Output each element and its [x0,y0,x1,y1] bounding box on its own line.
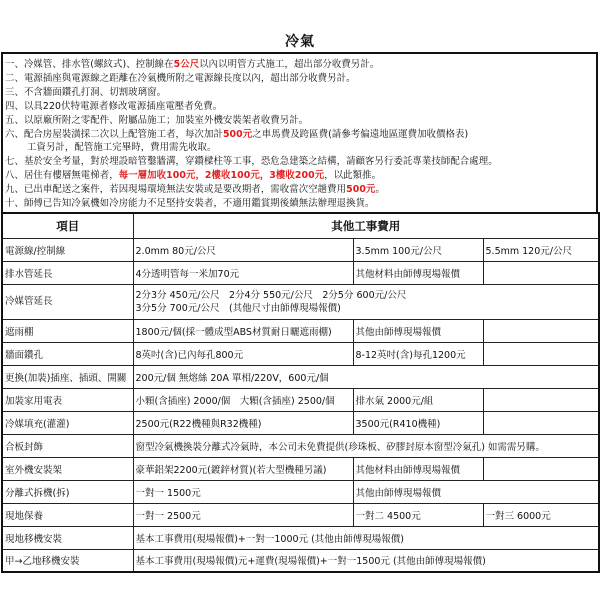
table-row: 冷媒填充(灌灌)2500元(R22機種與R32機種)3500元(R410機種) [2,411,599,434]
row-fee-cell: 基本工事費用(現場報價)元+運費(現場報價)+一對一1500元 (其他由師傅現場… [133,549,599,572]
note-text: 不含牆面鑽孔打洞、切割玻璃窗。 [24,87,166,98]
note-line: 七、基於安全考量，對於埋設暗管鑿牆溝，穿鑽樑柱等工事，恐危急建築之結構，請顧客另… [5,155,596,169]
note-highlight: 500元 [223,129,252,140]
header-item: 項目 [2,213,133,238]
row-fee-cell [483,388,599,411]
row-fee-cell: 其他材料由師傅現場報價 [353,261,483,284]
row-fee-cell: 200元/個 無熔絲 20A 單相/220V，600元/個 [133,365,599,388]
row-fee-cell: 豪華鋁架2200元(鍍鋅材質)(若大型機種另議) [133,457,353,480]
row-fee-cell: 2分3分 450元/公尺 2分4分 550元/公尺 2分5分 600元/公尺3分… [133,284,599,319]
note-text: 配合房屋裝潢採二次以上配管施工者，每次加計 [24,129,223,140]
note-text: 之車馬費及跨區費(請參考偏遠地區運費加收價格表) [252,129,468,140]
row-fee-cell: 一對一 1500元 [133,480,353,503]
note-line: 三、不含牆面鑽孔打洞、切割玻璃窗。 [5,86,596,100]
table-row: 加裝家用電表小顆(含插座) 2000/個 大顆(含插座) 2500/個排水氣 2… [2,388,599,411]
note-text: 已出車配送之案件，若因現場環境無法安裝或是要改期者，需收當次空趟費用 [24,184,346,195]
row-fee-cell: 3.5mm 100元/公尺 [353,238,483,261]
row-item-label: 室外機安裝架 [2,457,133,480]
note-number: 四、 [5,101,24,112]
note-line: 一、冷媒管、排水管(螺紋式)、控制線在5公尺以內以明管方式施工，超出部分收費另計… [5,58,596,72]
row-item-label: 冷媒填充(灌灌) [2,411,133,434]
row-fee-cell: 小顆(含插座) 2000/個 大顆(含插座) 2500/個 [133,388,353,411]
note-text: ，以此類推。 [324,170,381,181]
row-fee-cell: 5.5mm 120元/公尺 [483,238,599,261]
note-number: 一、 [5,59,24,70]
note-number: 三、 [5,87,24,98]
note-number: 八、 [5,170,24,181]
fee-table: 項目 其他工事費用 電源線/控制線2.0mm 80元/公尺3.5mm 100元/… [1,212,600,573]
note-text: 電源插座與電源線之距離在冷氣機所附之電源線長度以內，超出部分收費另計。 [24,73,356,84]
notes-box: 一、冷媒管、排水管(螺紋式)、控制線在5公尺以內以明管方式施工，超出部分收費另計… [1,52,598,214]
note-text: 以具220伏特電源者修改電源插座電壓者免費。 [24,101,222,112]
header-fees: 其他工事費用 [133,213,599,238]
row-item-label: 冷媒管延長 [2,284,133,319]
note-number: 六、 [5,129,24,140]
row-fee-cell [483,319,599,342]
row-fee-cell: 基本工事費用(現場報價)+一對一1000元 (其他由師傅現場報價) [133,526,599,549]
note-number: 七、 [5,156,24,167]
row-fee-cell: 4分透明管每一米加70元 [133,261,353,284]
table-row: 現地保養一對一 2500元一對二 4500元一對三 6000元 [2,503,599,526]
row-item-label: 現地移機安裝 [2,526,133,549]
note-line: 八、居住有樓層無電梯者，每一層加收100元，2樓收100元，3樓收200元，以此… [5,169,596,183]
table-row: 分離式拆機(拆)一對一 1500元其他由師傅現場報價 [2,480,599,503]
note-text: 冷媒管、排水管(螺紋式)、控制線在 [24,59,174,70]
note-number: 五、 [5,115,24,126]
table-row: 排水管延長4分透明管每一米加70元其他材料由師傅現場報價 [2,261,599,284]
row-item-label: 排水管延長 [2,261,133,284]
note-text: 工資另計，配管施工完畢時，費用需先收取。 [27,142,217,153]
note-line: 四、以具220伏特電源者修改電源插座電壓者免費。 [5,100,596,114]
row-item-label: 現地保養 [2,503,133,526]
note-text: 以原廠所附之零配件、附屬品施工；加裝室外機安裝架者收費另計。 [24,115,308,126]
row-fee-cell: 3500元(R410機種) [353,411,483,434]
row-fee-cell: 8-12英吋(含)每孔1200元 [353,342,483,365]
row-fee-cell [483,342,599,365]
note-text: 師傅已告知冷氣機如冷房能力不足堅持安裝者，不適用鑑賞期後續無法辦理退換貨。 [24,198,375,209]
note-highlight: 500元 [346,184,375,195]
note-line: 九、已出車配送之案件，若因現場環境無法安裝或是要改期者，需收當次空趟費用500元… [5,183,596,197]
row-item-label: 合板封飾 [2,434,133,457]
table-row: 室外機安裝架豪華鋁架2200元(鍍鋅材質)(若大型機種另議)其他材料由師傅現場報… [2,457,599,480]
note-line: 十、師傅已告知冷氣機如冷房能力不足堅持安裝者，不適用鑑賞期後續無法辦理退換貨。 [5,197,596,211]
row-fee-cell [483,457,599,480]
page-title: 冷氣 [0,31,600,51]
fee-line: 3分5分 700元/公尺 (其他尺寸由師傅現場報價) [136,302,597,315]
note-number: 十、 [5,198,24,209]
note-number: 九、 [5,184,24,195]
note-number: 二、 [5,73,24,84]
fee-line: 2分3分 450元/公尺 2分4分 550元/公尺 2分5分 600元/公尺 [136,289,597,302]
row-item-label: 遮雨棚 [2,319,133,342]
table-row: 現地移機安裝基本工事費用(現場報價)+一對一1000元 (其他由師傅現場報價) [2,526,599,549]
row-item-label: 分離式拆機(拆) [2,480,133,503]
table-row: 電源線/控制線2.0mm 80元/公尺3.5mm 100元/公尺5.5mm 12… [2,238,599,261]
row-fee-cell: 窗型冷氣機換裝分離式冷氣時，本公司未免費提供(珍珠板、矽膠封原本窗型冷氣孔) 如… [133,434,599,457]
row-fee-cell: 8英吋(含)已內每孔800元 [133,342,353,365]
note-text: 以內以明管方式施工，超出部分收費另計。 [199,59,379,70]
row-fee-cell [483,261,599,284]
note-line: 二、電源插座與電源線之距離在冷氣機所附之電源線長度以內，超出部分收費另計。 [5,72,596,86]
note-highlight: 每一層加收100元，2樓收100元，3樓收200元 [119,170,325,181]
row-fee-cell: 其他由師傅現場報價 [353,319,483,342]
row-item-label: 電源線/控制線 [2,238,133,261]
note-line: 五、以原廠所附之零配件、附屬品施工；加裝室外機安裝架者收費另計。 [5,114,596,128]
table-row: 更換(加裝)插座、插頭、開關200元/個 無熔絲 20A 單相/220V，600… [2,365,599,388]
row-fee-cell: 一對三 6000元 [483,503,599,526]
row-item-label: 更換(加裝)插座、插頭、開關 [2,365,133,388]
row-item-label: 甲→乙地移機安裝 [2,549,133,572]
note-text: 。 [375,184,384,195]
row-item-label: 加裝家用電表 [2,388,133,411]
table-row: 冷媒管延長2分3分 450元/公尺 2分4分 550元/公尺 2分5分 600元… [2,284,599,319]
note-highlight: 5公尺 [174,59,200,70]
row-fee-cell: 排水氣 2000元/組 [353,388,483,411]
table-row: 遮雨棚1800元/個(採一體成型ABS材質耐日曬遮雨棚)其他由師傅現場報價 [2,319,599,342]
row-fee-cell: 其他由師傅現場報價 [353,480,599,503]
table-row: 甲→乙地移機安裝基本工事費用(現場報價)元+運費(現場報價)+一對一1500元 … [2,549,599,572]
note-text: 基於安全考量，對於埋設暗管鑿牆溝，穿鑽樑柱等工事，恐危急建築之結構，請顧客另行委… [24,156,498,167]
table-row: 牆面鑽孔8英吋(含)已內每孔800元8-12英吋(含)每孔1200元 [2,342,599,365]
row-fee-cell: 1800元/個(採一體成型ABS材質耐日曬遮雨棚) [133,319,353,342]
row-fee-cell: 一對一 2500元 [133,503,353,526]
table-header-row: 項目 其他工事費用 [2,213,599,238]
note-line: 工資另計，配管施工完畢時，費用需先收取。 [5,141,596,155]
table-row: 合板封飾窗型冷氣機換裝分離式冷氣時，本公司未免費提供(珍珠板、矽膠封原本窗型冷氣… [2,434,599,457]
row-fee-cell: 2500元(R22機種與R32機種) [133,411,353,434]
row-item-label: 牆面鑽孔 [2,342,133,365]
note-text: 居住有樓層無電梯者， [24,170,119,181]
note-line: 六、配合房屋裝潢採二次以上配管施工者，每次加計500元之車馬費及跨區費(請參考偏… [5,128,596,142]
row-fee-cell: 一對二 4500元 [353,503,483,526]
row-fee-cell [483,411,599,434]
row-fee-cell: 2.0mm 80元/公尺 [133,238,353,261]
row-fee-cell: 其他材料由師傅現場報價 [353,457,483,480]
